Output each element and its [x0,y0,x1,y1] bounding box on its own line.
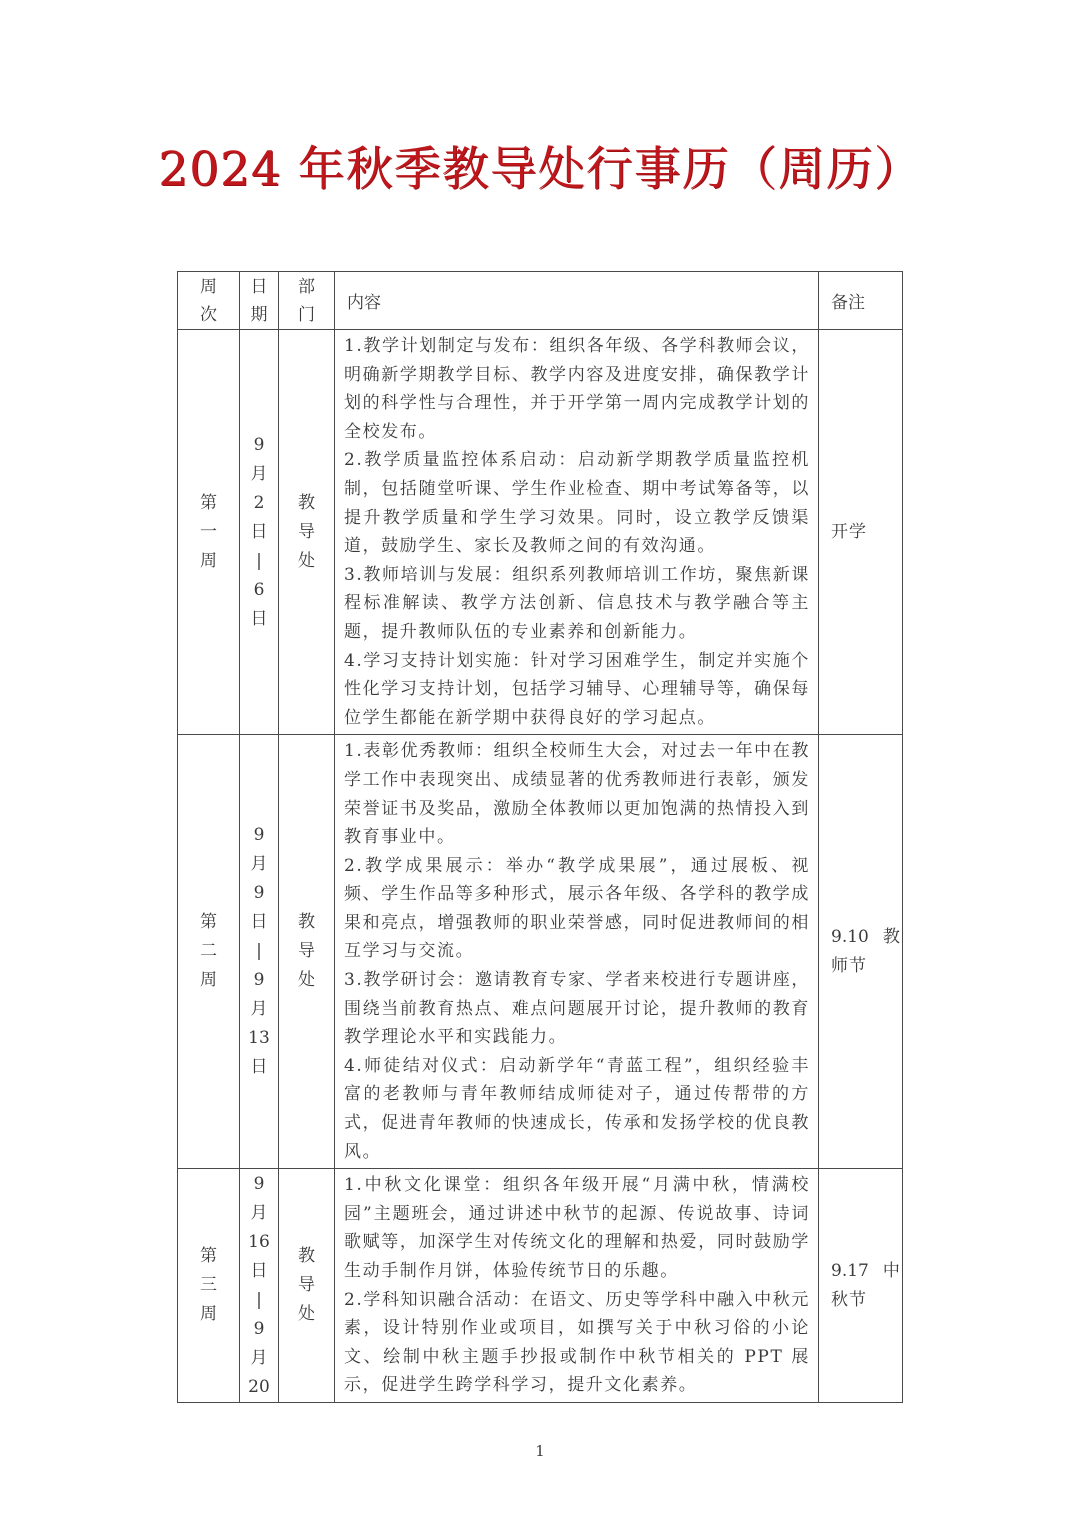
date-char: 日 [240,518,278,547]
dept-char: 教 [279,1242,334,1271]
dept-char: 教 [279,908,334,937]
date-char: | [240,937,278,966]
content-item: 1.中秋文化课堂：组织各年级开展“月满中秋，情满校园”主题班会，通过讲述中秋节的… [344,1171,810,1285]
dept-char: 处 [279,1300,334,1329]
date-char: | [240,1286,278,1315]
week-cell: 第 一 周 [178,330,240,735]
note-cell: 9.17中秋节 [819,1169,903,1403]
date-char: 9 [240,431,278,460]
dept-char: 导 [279,1271,334,1300]
week-char: 二 [178,937,239,966]
note-cell: 9.10教师节 [819,735,903,1169]
page-number: 1 [0,1442,1080,1460]
dept-char: 导 [279,518,334,547]
week-cell: 第 三 周 [178,1169,240,1403]
date-char: 2 [240,489,278,518]
content-item: 1.教学计划制定与发布：组织各年级、各学科教师会议，明确新学期教学目标、教学内容… [344,332,810,446]
date-char: 6 [240,576,278,605]
date-char: | [240,547,278,576]
date-char: 日 [240,605,278,634]
header-date-char: 期 [240,301,278,329]
date-char: 月 [240,995,278,1024]
header-content: 内容 [335,272,819,330]
title-reflection: 2024 年秋季教导处行事历（周历） [0,200,1080,218]
table-row: 第 一 周 9 月 2 日 | 6 日 教 导 处 1.教学计划制定与发布：组织… [178,330,903,735]
date-char: 月 [240,460,278,489]
header-dept-char: 部 [279,273,334,301]
content-item: 2.学科知识融合活动：在语文、历史等学科中融入中秋元素，设计特别作业或项目，如撰… [344,1286,810,1400]
date-char: 日 [240,1257,278,1286]
header-week-char: 周 [178,273,239,301]
date-cell: 9 月 9 日 | 9 月 13 日 [240,735,279,1169]
table-row: 第 三 周 9 月 16 日 | 9 月 20 教 导 处 1.中秋文化课堂：组… [178,1169,903,1403]
weekly-calendar-table: 周 次 日 期 部 门 内容 备注 第 一 周 9 月 2 日 | 6 日 [177,271,903,1403]
content-cell: 1.教学计划制定与发布：组织各年级、各学科教师会议，明确新学期教学目标、教学内容… [335,330,819,735]
dept-cell: 教 导 处 [279,330,335,735]
date-char: 日 [240,908,278,937]
dept-cell: 教 导 处 [279,735,335,1169]
dept-char: 导 [279,937,334,966]
note-cell: 开学 [819,330,903,735]
week-cell: 第 二 周 [178,735,240,1169]
header-date-char: 日 [240,273,278,301]
header-dept: 部 门 [279,272,335,330]
dept-char: 处 [279,547,334,576]
header-dept-char: 门 [279,301,334,329]
date-char: 日 [240,1053,278,1082]
document-title-wrap: 2024 年秋季教导处行事历（周历） [0,138,1080,202]
header-note: 备注 [819,272,903,330]
week-char: 第 [178,1242,239,1271]
date-char: 16 [240,1228,278,1257]
date-char: 9 [240,1315,278,1344]
date-char: 9 [240,1170,278,1199]
date-char: 20 [240,1373,278,1402]
note-text: 开学 [831,522,867,542]
date-char: 9 [240,821,278,850]
week-char: 第 [178,908,239,937]
date-char: 月 [240,850,278,879]
date-cell: 9 月 2 日 | 6 日 [240,330,279,735]
date-cell: 9 月 16 日 | 9 月 20 [240,1169,279,1403]
header-date: 日 期 [240,272,279,330]
header-week: 周 次 [178,272,240,330]
week-char: 三 [178,1271,239,1300]
content-item: 4.师徒结对仪式：启动新学年“青蓝工程”，组织经验丰富的老教师与青年教师结成师徒… [344,1052,810,1166]
content-item: 2.教学质量监控体系启动：启动新学期教学质量监控机制，包括随堂听课、学生作业检查… [344,446,810,560]
dept-char: 教 [279,489,334,518]
date-char: 13 [240,1024,278,1053]
date-char: 9 [240,879,278,908]
date-char: 9 [240,966,278,995]
content-item: 2.教学成果展示：举办“教学成果展”，通过展板、视频、学生作品等多种形式，展示各… [344,852,810,966]
content-item: 3.教学研讨会：邀请教育专家、学者来校进行专题讲座，围绕当前教育热点、难点问题展… [344,966,810,1052]
week-char: 一 [178,518,239,547]
week-char: 第 [178,489,239,518]
content-item: 3.教师培训与发展：组织系列教师培训工作坊，聚焦新课程标准解读、教学方法创新、信… [344,561,810,647]
table-row: 第 二 周 9 月 9 日 | 9 月 13 日 教 导 处 1.表彰优秀教师：… [178,735,903,1169]
week-char: 周 [178,547,239,576]
table-header-row: 周 次 日 期 部 门 内容 备注 [178,272,903,330]
dept-cell: 教 导 处 [279,1169,335,1403]
date-char: 月 [240,1199,278,1228]
note-date: 9.17 [831,1261,869,1281]
content-cell: 1.表彰优秀教师：组织全校师生大会，对过去一年中在教学工作中表现突出、成绩显著的… [335,735,819,1169]
dept-char: 处 [279,966,334,995]
header-week-char: 次 [178,301,239,329]
note-date: 9.10 [831,927,869,947]
week-char: 周 [178,966,239,995]
document-title: 2024 年秋季教导处行事历（周历） [158,138,922,202]
week-char: 周 [178,1300,239,1329]
content-cell: 1.中秋文化课堂：组织各年级开展“月满中秋，情满校园”主题班会，通过讲述中秋节的… [335,1169,819,1403]
content-item: 1.表彰优秀教师：组织全校师生大会，对过去一年中在教学工作中表现突出、成绩显著的… [344,737,810,851]
content-item: 4.学习支持计划实施：针对学习困难学生，制定并实施个性化学习支持计划，包括学习辅… [344,647,810,733]
date-char: 月 [240,1344,278,1373]
